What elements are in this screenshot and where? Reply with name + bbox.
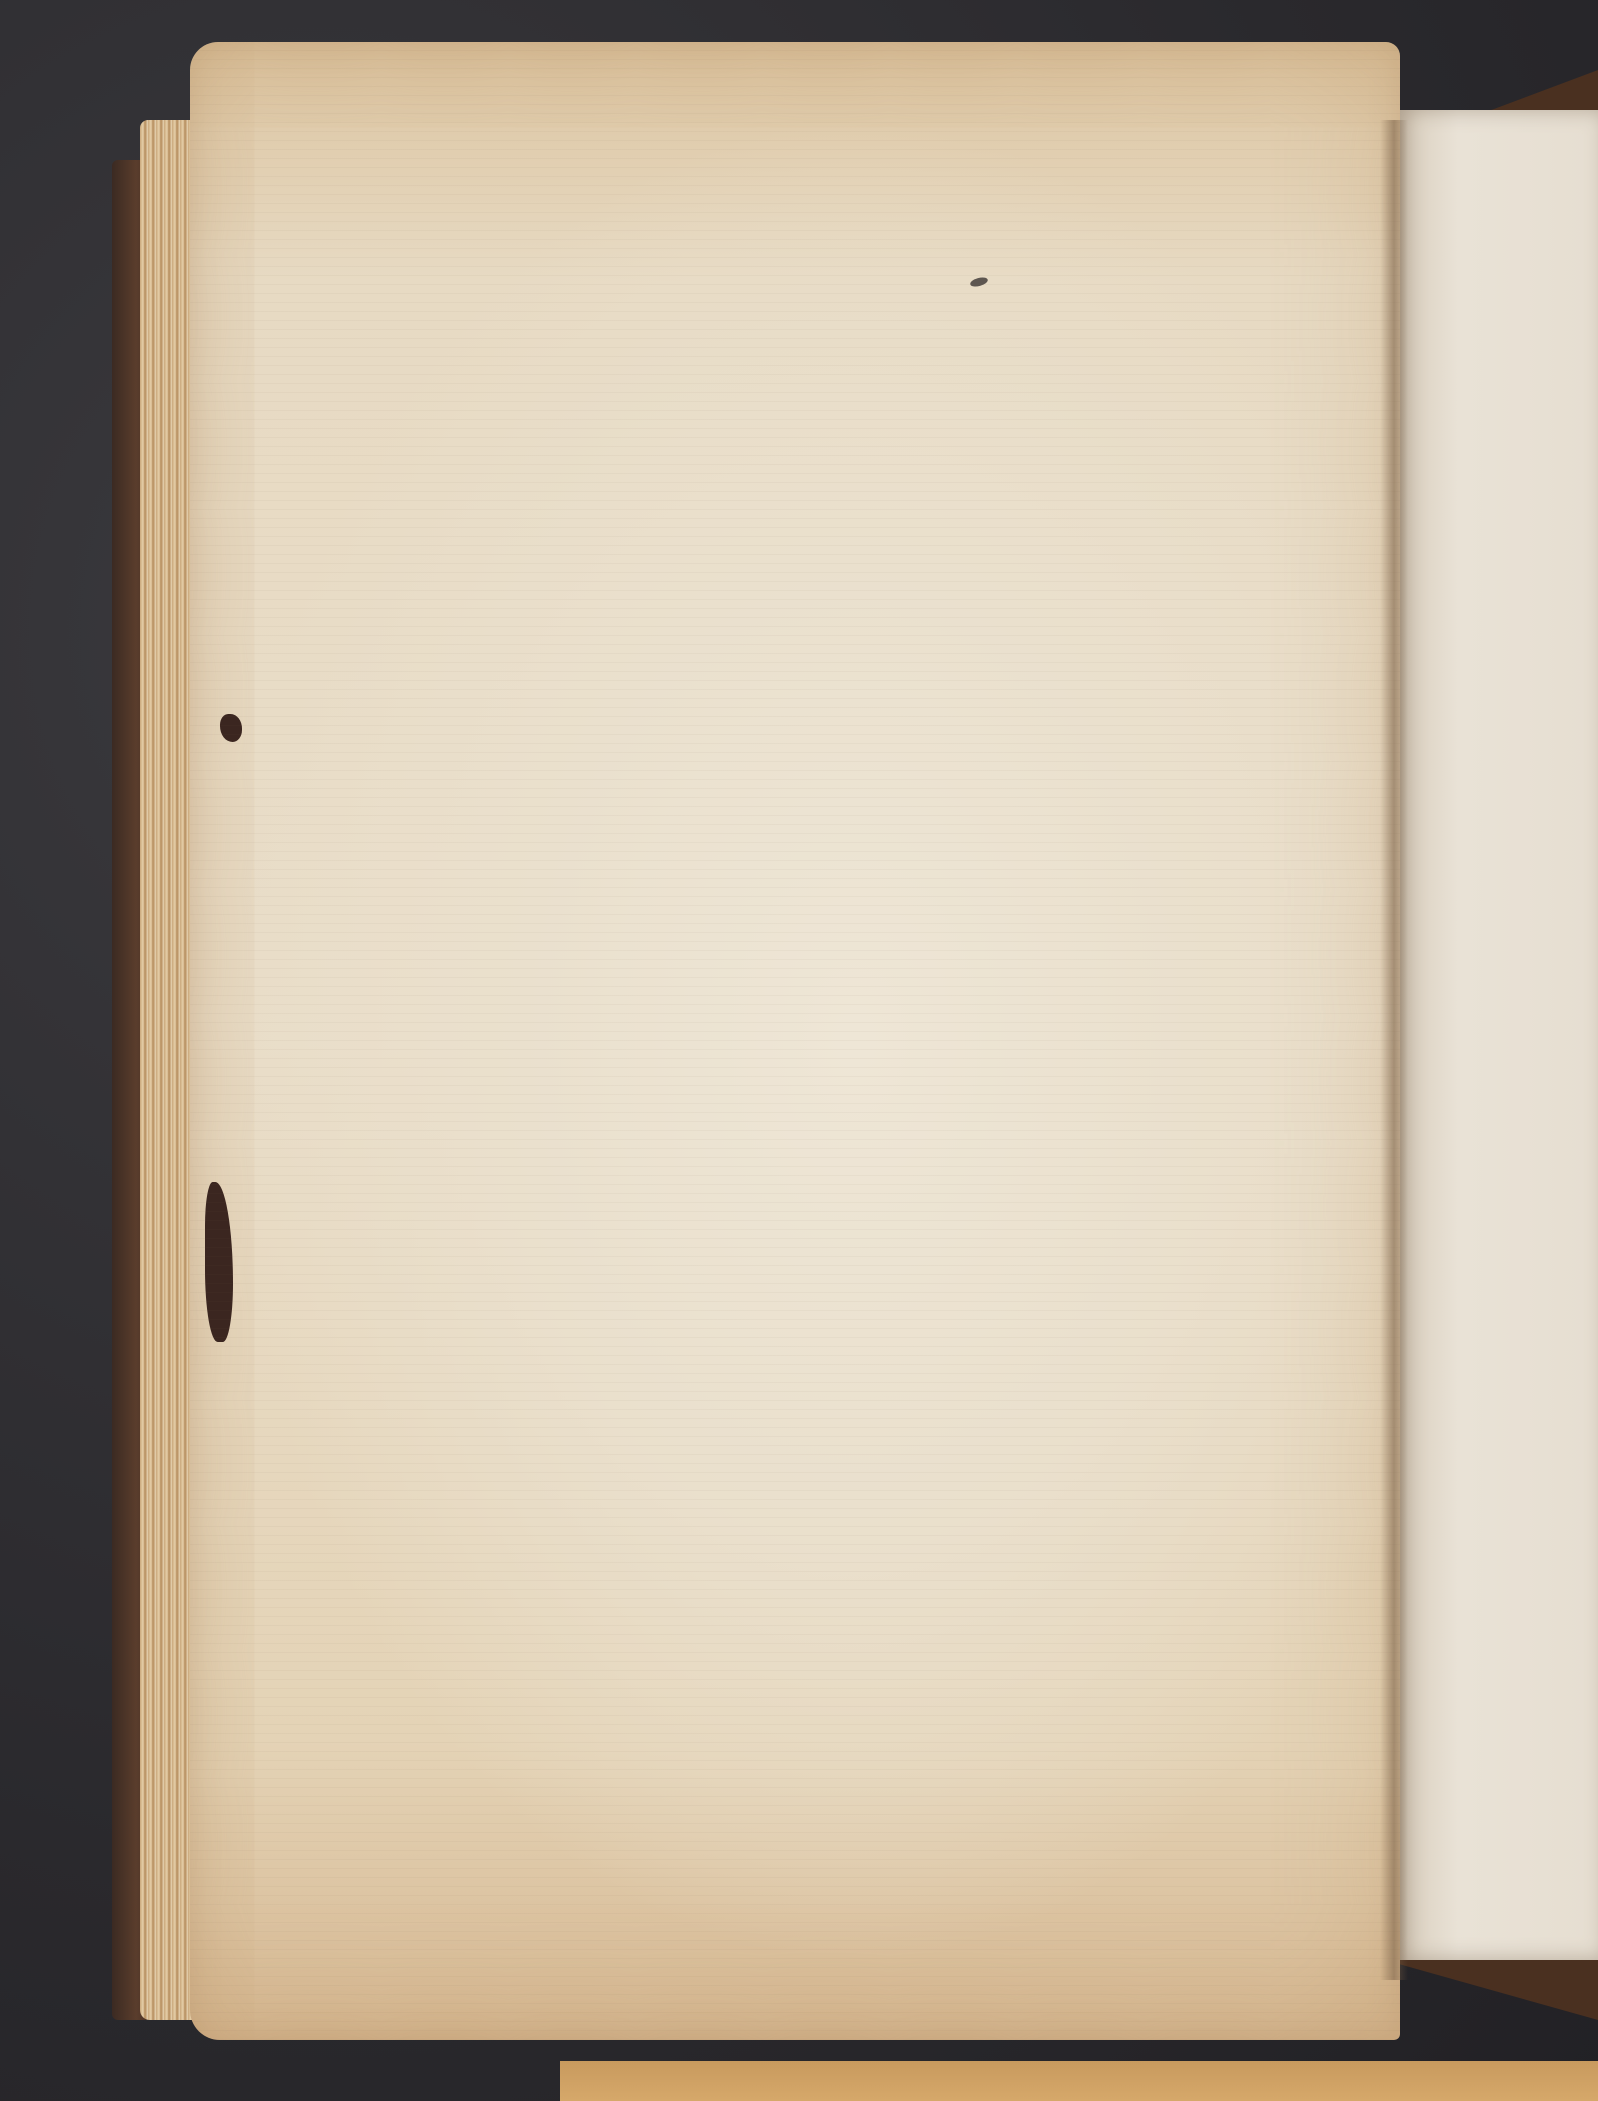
edge-damage-stain	[205, 1182, 233, 1342]
blank-page-left	[190, 42, 1400, 2040]
book-gutter	[1380, 120, 1408, 1980]
wooden-table-surface	[560, 2061, 1598, 2101]
edge-damage-stain	[220, 714, 242, 742]
ink-spot	[969, 276, 988, 288]
facing-page-right	[1398, 110, 1598, 1960]
